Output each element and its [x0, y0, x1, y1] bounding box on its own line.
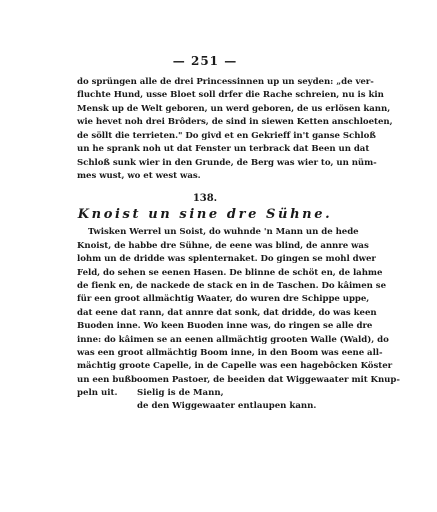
text-line: Mensk up de Welt geboren, un werd gebore…	[77, 104, 333, 115]
text-line: de fienk en, de nackede de stack en in d…	[77, 281, 333, 292]
page-number: — 251 —	[0, 54, 410, 68]
text-line: mes wust, wo et west was.	[77, 171, 333, 182]
text-line: Buoden inne. Wo keen Buoden inne was, do…	[77, 321, 333, 332]
text-line: mächtig groote Capelle, in de Capelle wa…	[77, 361, 333, 372]
text-line: Feld, do sehen se eenen Hasen. De blinne…	[77, 268, 333, 279]
text-line: do sprüngen alle de drei Princessinnen u…	[77, 77, 333, 88]
text-line: für een groot allmächtig Waater, do wure…	[77, 294, 333, 305]
book-page: — 251 — do sprüngen alle de drei Princes…	[0, 0, 437, 512]
chapter-number: 138.	[0, 193, 410, 204]
verse-line: de den Wiggewaater entlaupen kann.	[137, 401, 316, 411]
chapter-title: Knoist un sine dre Sühne.	[0, 207, 410, 222]
text-line: lohm un de dridde was splenternaket. Do …	[77, 254, 333, 265]
text-line: wie hevet noh drei Brôders, de sind in s…	[77, 117, 333, 128]
verse-line: Sielig is de Mann,	[137, 388, 224, 398]
text-line: peln uit.	[77, 388, 117, 398]
text-line: dat eene dat rann, dat annre dat sonk, d…	[77, 308, 333, 319]
text-line: was een groot allmächtig Boom inne, in d…	[77, 348, 333, 359]
text-line: Schloß sunk wier in den Grunde, de Berg …	[77, 158, 333, 169]
text-line: Knoist, de habbe dre Sühne, de eene was …	[77, 241, 333, 252]
text-line: inne: do kâimen se an eenen allmächtig g…	[77, 335, 333, 346]
text-line: fluchte Hund, usse Bloet soll drfer die …	[77, 90, 333, 101]
text-line: de söllt die terrieten." Do givd et en G…	[77, 131, 333, 142]
text-line: un he sprank noh ut dat Fenster un terbr…	[77, 144, 333, 155]
text-line: Twisken Werrel un Soist, do wuhnde 'n Ma…	[88, 227, 333, 238]
text-line: un een bußboomen Pastoer, de beeiden dat…	[77, 375, 333, 386]
